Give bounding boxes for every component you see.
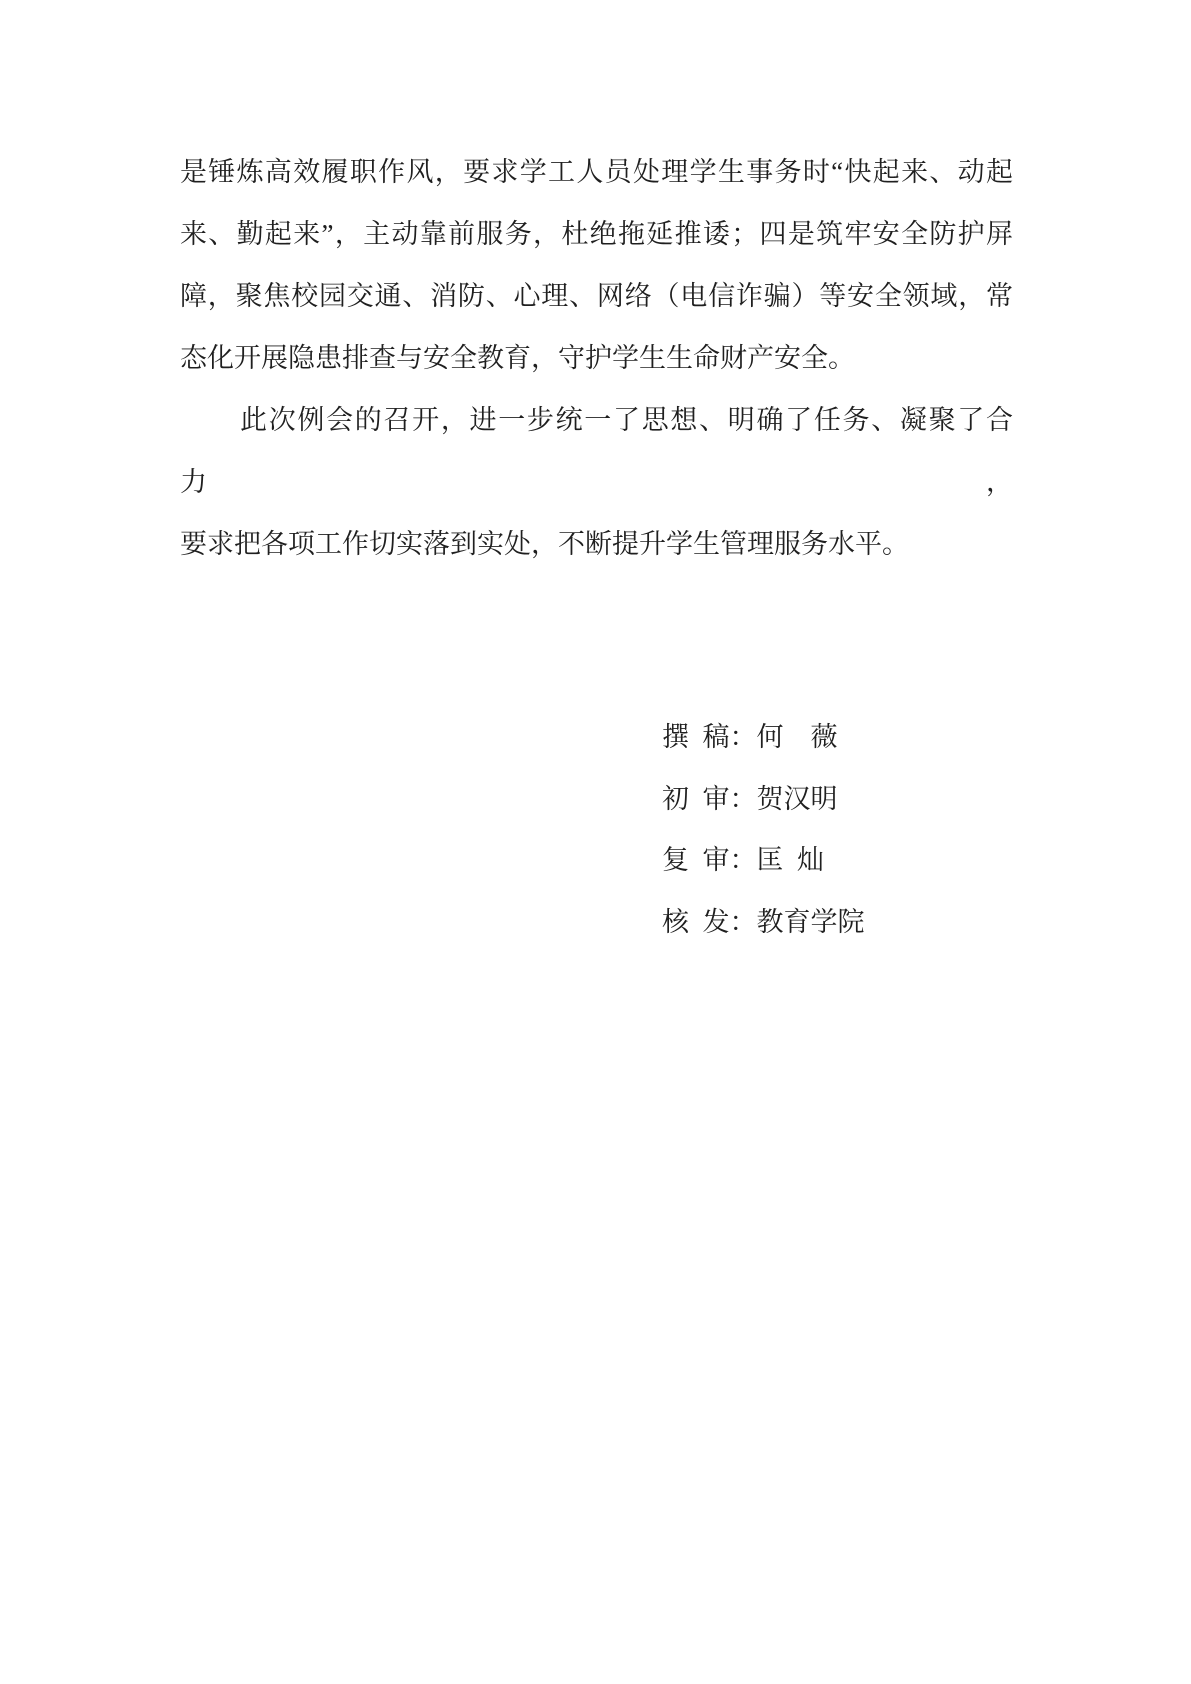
paragraph-closing: 此次例会的召开，进一步统一了思想、明确了任务、凝聚了合力， 要求把各项工作切实落… xyxy=(180,389,1013,575)
paragraph-continuation: 是锤炼高效履职作风，要求学工人员处理学生事务时“快起来、动起 来、勤起来”，主动… xyxy=(180,141,1013,389)
signoff-name: 何 薇 xyxy=(757,722,838,752)
body-line: 此次例会的召开，进一步统一了思想、明确了任务、凝聚了合力， xyxy=(180,389,1013,513)
document-body: 是锤炼高效履职作风，要求学工人员处理学生事务时“快起来、动起 来、勤起来”，主动… xyxy=(180,141,1013,575)
signoff-line-second-review: 复 审：匡 灿 xyxy=(662,830,865,892)
body-line: 态化开展隐患排查与安全教育，守护学生生命财产安全。 xyxy=(180,327,1013,389)
signoff-name: 教育学院 xyxy=(757,907,865,937)
body-line: 要求把各项工作切实落到实处，不断提升学生管理服务水平。 xyxy=(180,513,1013,575)
signoff-label: 撰 稿： xyxy=(662,722,757,752)
signoff-name: 贺汉明 xyxy=(757,784,838,814)
signoff-line-first-review: 初 审：贺汉明 xyxy=(662,769,865,831)
body-line: 来、勤起来”，主动靠前服务，杜绝拖延推诿；四是筑牢安全防护屏 xyxy=(180,203,1013,265)
signoff-line-issuer: 核 发：教育学院 xyxy=(662,892,865,954)
signoff-block: 撰 稿：何 薇 初 审：贺汉明 复 审：匡 灿 核 发：教育学院 xyxy=(662,707,865,953)
signoff-label: 核 发： xyxy=(662,907,757,937)
signoff-label: 复 审： xyxy=(662,845,757,875)
signoff-name: 匡 灿 xyxy=(757,845,825,875)
document-page: 是锤炼高效履职作风，要求学工人员处理学生事务时“快起来、动起 来、勤起来”，主动… xyxy=(0,0,1191,1684)
body-line: 是锤炼高效履职作风，要求学工人员处理学生事务时“快起来、动起 xyxy=(180,141,1013,203)
body-line: 障，聚焦校园交通、消防、心理、网络（电信诈骗）等安全领域，常 xyxy=(180,265,1013,327)
signoff-line-drafter: 撰 稿：何 薇 xyxy=(662,707,865,769)
signoff-label: 初 审： xyxy=(662,784,757,814)
